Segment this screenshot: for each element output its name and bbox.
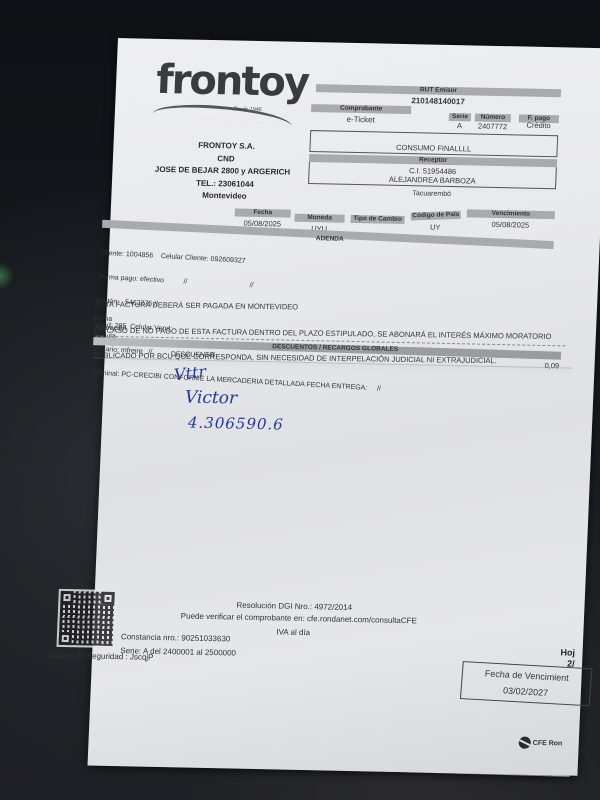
comprobante-value: e-Ticket — [311, 114, 411, 125]
brand-logo: frontoy — [155, 57, 309, 106]
pago-value: Crédito — [516, 120, 560, 130]
codigo-pais-label: Código de País — [411, 211, 461, 221]
moneda-label: Moneda — [294, 214, 344, 223]
descuento-name: DESCUENTO — [171, 351, 215, 359]
numero-value: 2407772 — [470, 121, 514, 131]
hoja-label: Hoj — [560, 647, 575, 658]
consumo-box: CONSUMO FINALLLL — [309, 130, 558, 157]
constancia-text: Constancia nro.: 90251033630 — [121, 632, 231, 643]
legal-text: ESTA FACTURA DEBERÁ SER PAGADA EN MONTEV… — [92, 284, 553, 384]
legal-line: ESTA FACTURA DEBERÁ SER PAGADA EN MONTEV… — [95, 301, 553, 316]
vencimiento-label: Vencimiento — [467, 209, 555, 219]
qr-code-icon — [56, 589, 116, 648]
cfe-logo-icon — [519, 737, 531, 749]
receptor-box: C.I. 51954486 ALEJANDREA BARBOZA — [308, 162, 557, 189]
codigo-pais-value: UY — [410, 222, 460, 232]
cfe-provider-logo: CFE Ron — [519, 737, 563, 750]
handwritten-signature: Vttr — [173, 362, 207, 385]
emitter-city: Montevideo — [139, 188, 309, 204]
adenda-line: Cliente: 1004856 Celular Cliente: 092609… — [100, 250, 390, 274]
cfe-provider-name: CFE Ron — [533, 739, 563, 747]
emitter-block: FRONTOY S.A. CND JOSE DE BEJAR 2800 y AR… — [139, 139, 312, 205]
receipt-paper: frontoy Desde 1946 FRONTOY S.A. CND JOSE… — [88, 38, 600, 776]
comprobante-label: Comprobante — [311, 104, 411, 114]
handwritten-ci: 4.306590.6 — [188, 414, 285, 434]
firma-label: Firma — [94, 316, 127, 325]
serie-value: A — [448, 121, 470, 130]
fecha-vencimiento-box: Fecha de Vencimient 03/02/2027 — [460, 661, 593, 706]
vencimiento-value: 05/08/2025 — [466, 219, 554, 230]
brand-tagline: Desde 1946 — [233, 106, 262, 113]
background-light — [0, 262, 14, 290]
fecha-label: Fecha — [235, 208, 291, 217]
descuento-value: 0,09 — [544, 361, 559, 370]
handwritten-name: Victor — [185, 387, 238, 408]
tipo-cambio-label: Tipo de Cambio — [350, 215, 404, 224]
receptor-city: Tacuarembó — [308, 188, 556, 200]
